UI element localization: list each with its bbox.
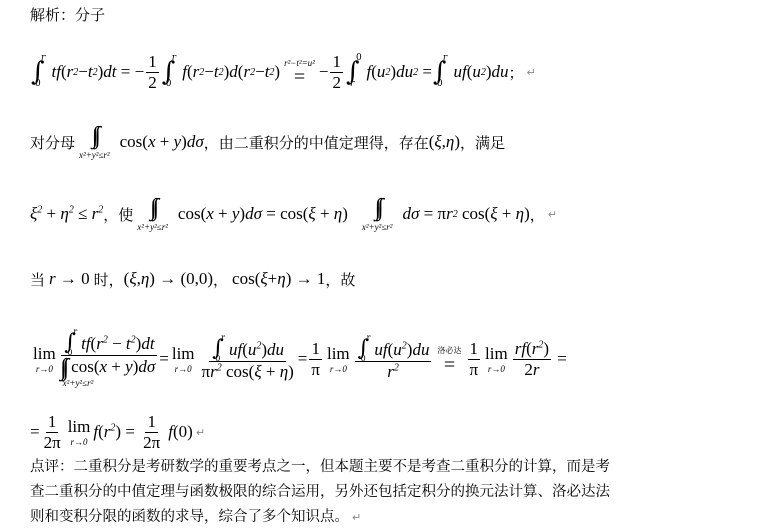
solution-heading: 解析：分子 <box>30 4 105 25</box>
comment-line: 查二重积分的中值定理与函数极限的综合运用，另外还包括定积分的换元法计算、洛必达法 <box>30 480 760 505</box>
limit-conditions: 当 r → 0 时， (ξ,η) → (0,0) ， cos(ξ+η) → 1 … <box>30 264 355 294</box>
equation-numerator: ∫r0 tf(r2 − t2)dt = − 12 ∫r0 f(r2 − t2)d… <box>30 48 536 96</box>
equation-result: = 12π limr→0 f(r2) = 12π f(0)↵ <box>30 408 205 456</box>
equation-mean-value: ξ2 + η2 ≤ r2 ，使 ∫∫x²+y²≤r² cos(x + y)dσ … <box>30 190 557 238</box>
equation-limit: limr→0 ∫r0 tf(r2 − t2)dt ∫∫ cos(x + y)dσ… <box>30 318 567 400</box>
denominator-intro: 对分母 ∫∫x²+y²≤r² cos(x + y)dσ ，由二重积分的中值定理得… <box>30 118 505 166</box>
double-integral: ∫∫x²+y²≤r² <box>79 124 110 160</box>
comment-line: 点评：二重积分是考研数学的重要考点之一，但本题主要不是考查二重积分的计算，而是考 <box>30 455 760 480</box>
comment-paragraph: 点评：二重积分是考研数学的重要考点之一，但本题主要不是考查二重积分的计算，而是考… <box>30 455 760 528</box>
integral-symbol: ∫r0 <box>31 57 45 87</box>
substitution-equals: r²−t²=u²= <box>284 58 315 86</box>
comment-line: 则和变积分限的函数的求导，综合了多个知识点。↵ <box>30 505 760 528</box>
